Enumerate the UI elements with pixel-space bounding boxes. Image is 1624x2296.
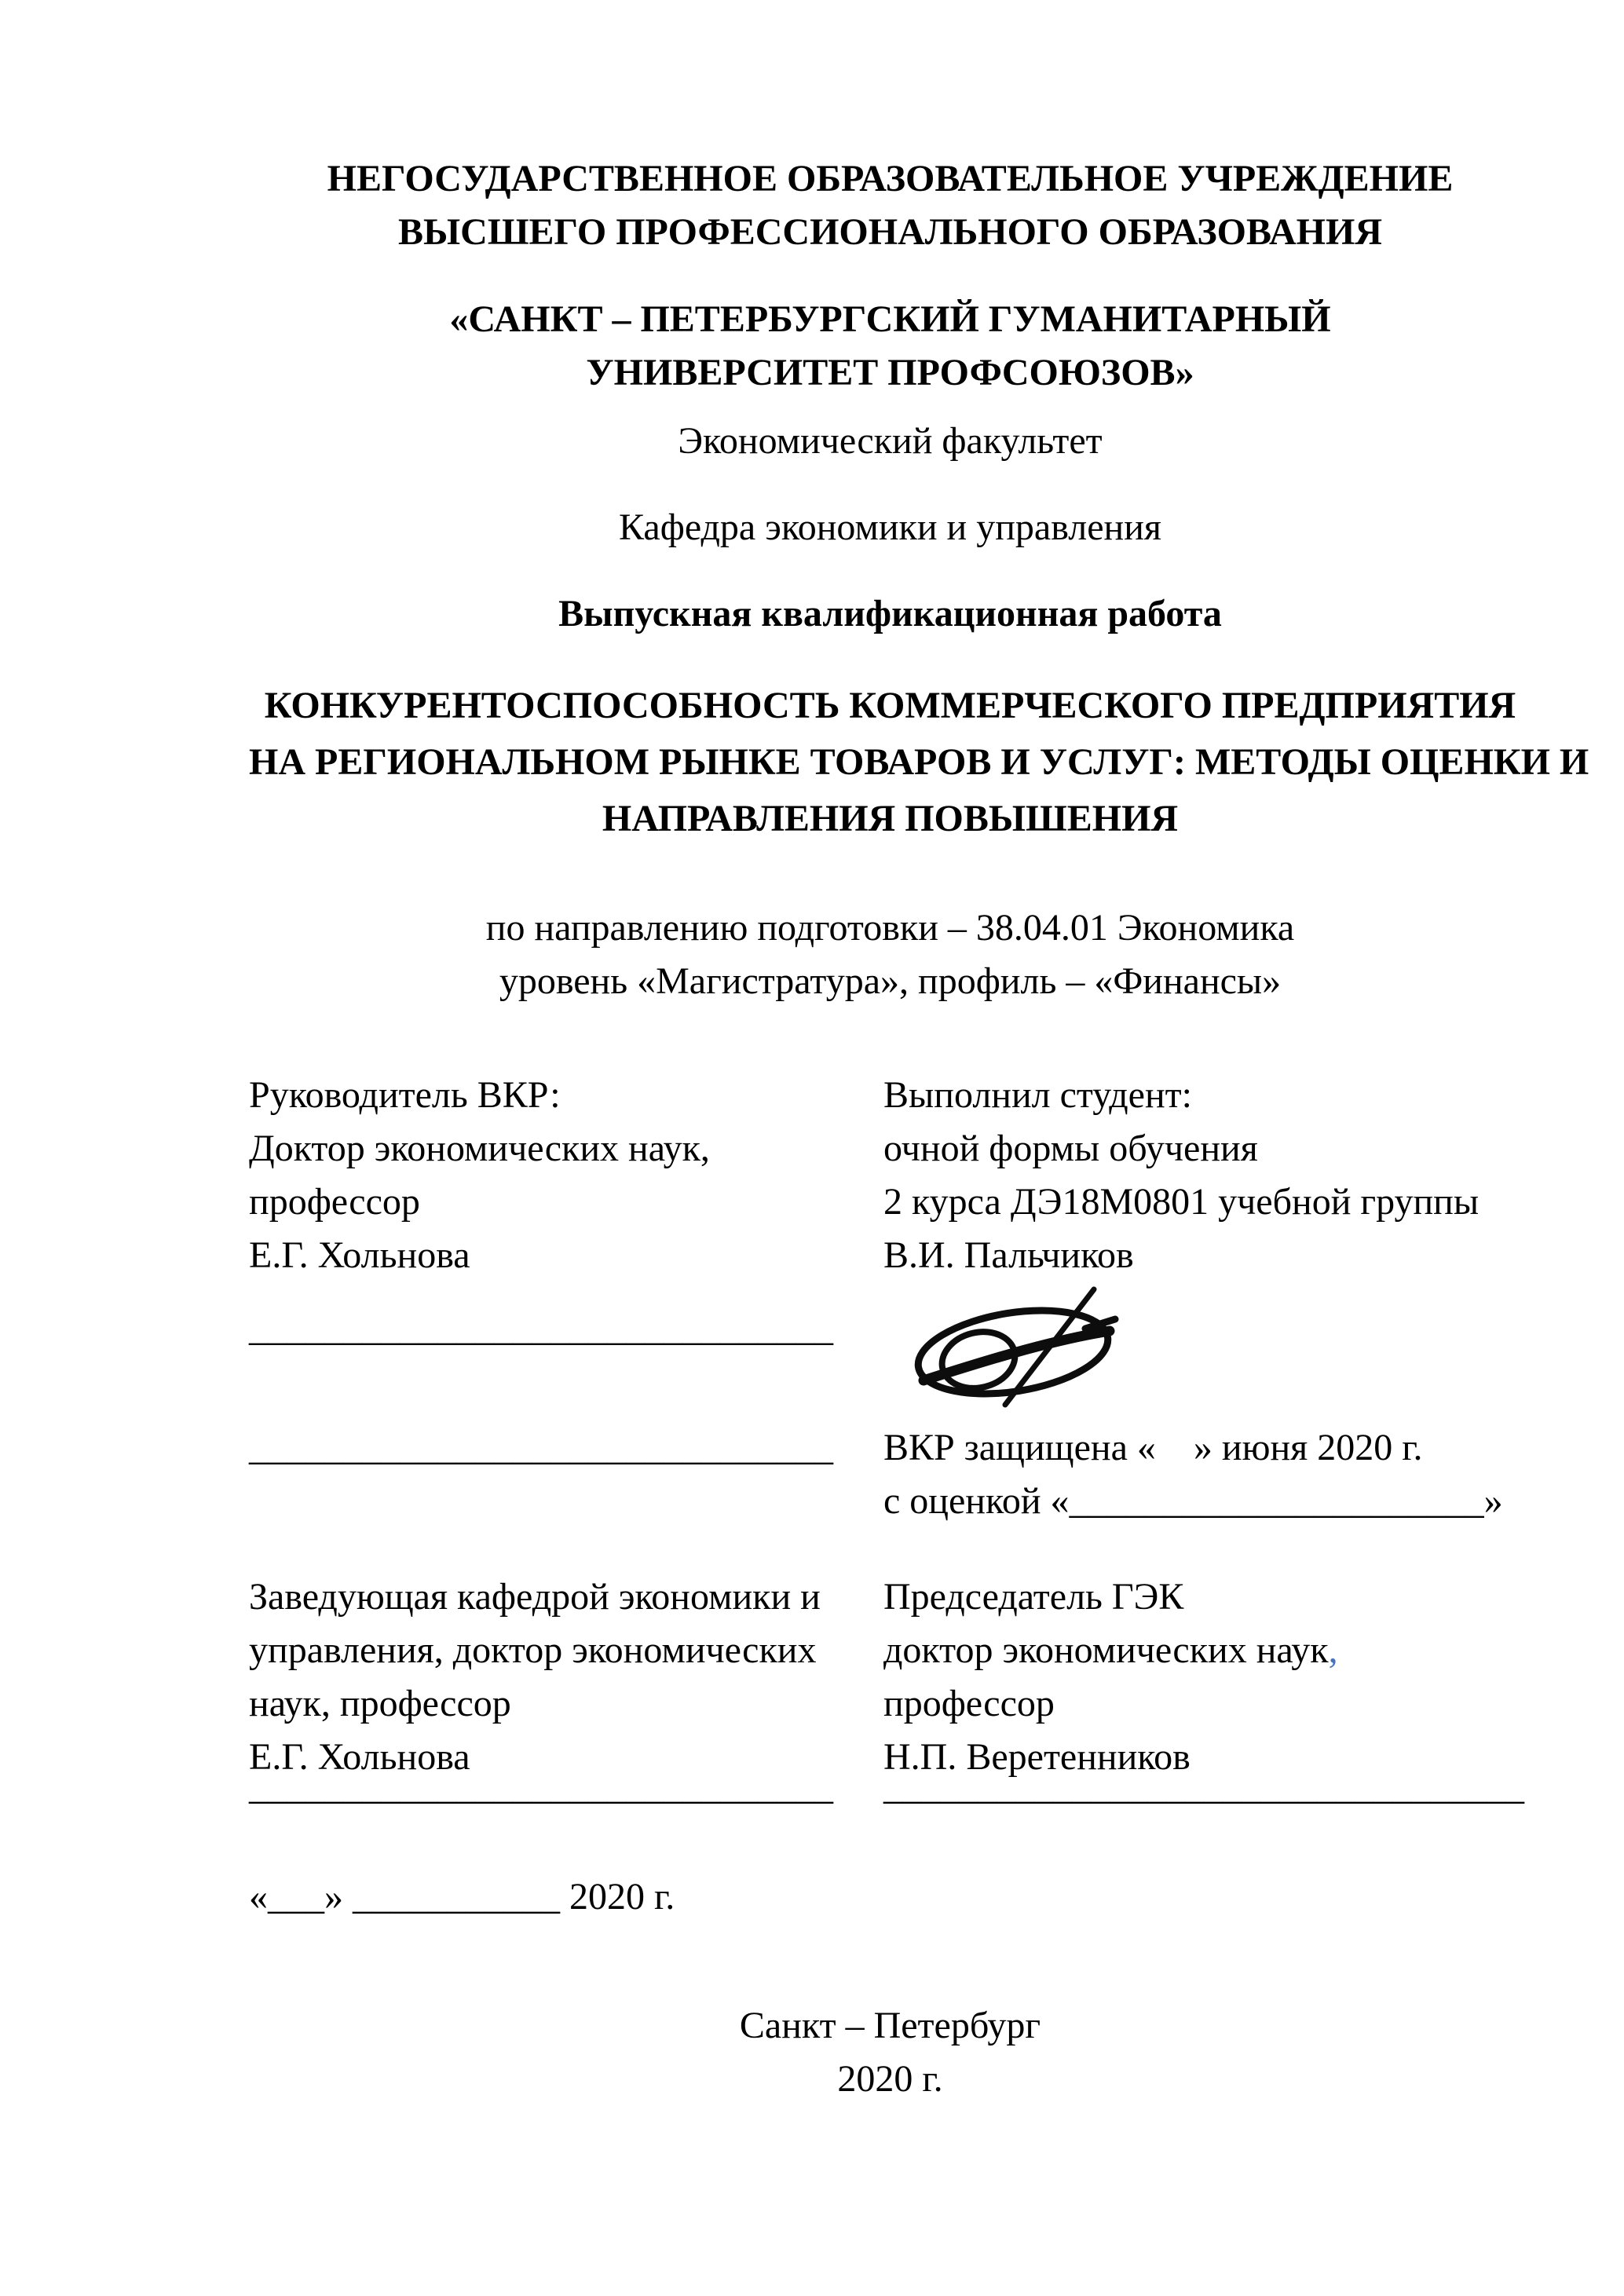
student-study-form: очной формы обучения (883, 1122, 1531, 1175)
signature-scribble-icon (903, 1286, 1131, 1408)
work-type-line: Выпускная квалификационная работа (249, 587, 1531, 641)
footer-block: Санкт – Петербург 2020 г. (249, 1999, 1531, 2106)
program-line-2: уровень «Магистратура», профиль – «Финан… (249, 955, 1531, 1008)
supervisor-signature-row: _______________________________ (249, 1282, 883, 1421)
chairman-line-2: доктор экономических наук, (883, 1624, 1531, 1677)
grade-suffix: » (1484, 1480, 1503, 1522)
program-block: по направлению подготовки – 38.04.01 Эко… (249, 901, 1531, 1008)
supervisor-block: Руководитель ВКР: Доктор экономических н… (249, 1069, 883, 1282)
supervisor-name: Е.Г. Хольнова (249, 1229, 883, 1282)
chairman-degree-text: доктор экономических наук (883, 1629, 1329, 1671)
footer-year: 2020 г. (249, 2053, 1531, 2106)
student-signature-area (883, 1282, 1531, 1421)
supervisor-signature-blank-2: _______________________________ (249, 1421, 883, 1475)
defense-block: ВКР защищена « » июня 2020 г. с оценкой … (883, 1421, 1531, 1570)
chairman-line-3: профессор (883, 1677, 1531, 1731)
university-line-2: УНИВЕРСИТЕТ ПРОФСОЮЗОВ» (249, 346, 1531, 400)
chairman-line-1: Председатель ГЭК (883, 1570, 1531, 1624)
student-name: В.И. Пальчиков (883, 1229, 1531, 1282)
chairman-degree-comma: , (1329, 1629, 1338, 1671)
date-row: «___» ___________ 2020 г. (249, 1870, 883, 1924)
institution-line-1: НЕГОСУДАРСТВЕННОЕ ОБРАЗОВАТЕЛЬНОЕ УЧРЕЖД… (249, 152, 1531, 206)
thesis-title-line-2: НА РЕГИОНАЛЬНОМ РЫНКЕ ТОВАРОВ И УСЛУГ: М… (249, 734, 1531, 791)
supervisor-signature-blank-1: _______________________________ (249, 1302, 883, 1355)
thesis-title-line-1: КОНКУРЕНТОСПОСОБНОСТЬ КОММЕРЧЕСКОГО ПРЕД… (249, 678, 1531, 734)
faculty-line: Экономический факультет (249, 415, 1531, 468)
department-head-line-3: наук, профессор (249, 1677, 883, 1731)
university-line-1: «САНКТ – ПЕТЕРБУРГСКИЙ ГУМАНИТАРНЫЙ (249, 293, 1531, 346)
date-row-right-empty (883, 1870, 1531, 1924)
signatures-section: Руководитель ВКР: Доктор экономических н… (249, 1069, 1531, 1924)
department-head-block: Заведующая кафедрой экономики и управлен… (249, 1570, 883, 1784)
grade-blank: ______________________ (1070, 1480, 1484, 1522)
supervisor-label: Руководитель ВКР: (249, 1069, 883, 1122)
supervisor-degree: Доктор экономических наук, (249, 1122, 883, 1175)
department-head-signature-blank: _______________________________ (249, 1760, 883, 1814)
defense-grade-line: с оценкой «______________________» (883, 1475, 1531, 1528)
department-line: Кафедра экономики и управления (249, 501, 1531, 554)
institution-line-2: ВЫСШЕГО ПРОФЕССИОНАЛЬНОГО ОБРАЗОВАНИЯ (249, 206, 1531, 259)
defense-date-line: ВКР защищена « » июня 2020 г. (883, 1421, 1531, 1475)
grade-prefix: с оценкой « (883, 1480, 1070, 1522)
program-line-1: по направлению подготовки – 38.04.01 Эко… (249, 901, 1531, 955)
chairman-signature-blank: __________________________________ (883, 1760, 1531, 1814)
thesis-title-line-3: НАПРАВЛЕНИЯ ПОВЫШЕНИЯ (249, 791, 1531, 847)
student-block: Выполнил студент: очной формы обучения 2… (883, 1069, 1531, 1282)
student-label: Выполнил студент: (883, 1069, 1531, 1122)
department-head-line-1: Заведующая кафедрой экономики и (249, 1570, 883, 1624)
university-block: «САНКТ – ПЕТЕРБУРГСКИЙ ГУМАНИТАРНЫЙ УНИВ… (249, 293, 1531, 400)
institution-block: НЕГОСУДАРСТВЕННОЕ ОБРАЗОВАТЕЛЬНОЕ УЧРЕЖД… (249, 152, 1531, 259)
department-head-signature-row: _______________________________ (249, 1784, 883, 1870)
gek-chairman-block: Председатель ГЭК доктор экономических на… (883, 1570, 1531, 1784)
supervisor-rank: профессор (249, 1175, 883, 1229)
department-head-line-2: управления, доктор экономических (249, 1624, 883, 1677)
date-blank-line: «___» ___________ 2020 г. (249, 1870, 883, 1924)
thesis-title: КОНКУРЕНТОСПОСОБНОСТЬ КОММЕРЧЕСКОГО ПРЕД… (249, 678, 1531, 847)
student-group: 2 курса ДЭ18М0801 учебной группы (883, 1175, 1531, 1229)
footer-city: Санкт – Петербург (249, 1999, 1531, 2053)
chairman-signature-row: __________________________________ (883, 1784, 1531, 1870)
supervisor-signature-row-2: _______________________________ (249, 1421, 883, 1570)
thesis-title-page: НЕГОСУДАРСТВЕННОЕ ОБРАЗОВАТЕЛЬНОЕ УЧРЕЖД… (0, 0, 1624, 2296)
